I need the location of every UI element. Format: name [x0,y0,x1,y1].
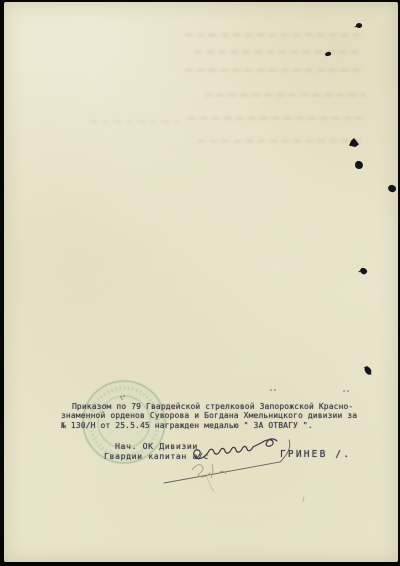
stray-mark [343,390,345,392]
scanned-document-page: Приказом по 79 Гвардейской стрелковой За… [4,2,398,562]
paragraph-line-2: знаменной орденов Суворова и Богдана Хме… [61,411,366,420]
ink-blot [359,266,368,275]
ink-blot [354,160,363,169]
paragraph-line-1: Приказом по 79 Гвардейской стрелковой За… [61,402,366,411]
ink-blot [363,366,373,376]
stray-mark [120,396,122,398]
signature-ink [148,426,363,501]
bleedthrough-line [188,116,368,120]
bleedthrough-line [185,33,360,37]
stray-mark [270,389,272,391]
ink-blot [355,22,362,28]
ink-blot [387,183,397,193]
bleedthrough-line [205,93,365,97]
bleedthrough-line [90,120,180,124]
bleedthrough-line [198,139,363,143]
bleedthrough-line [195,50,360,54]
scanner-background: Приказом по 79 Гвардейской стрелковой За… [0,0,400,566]
bleedthrough-line [185,68,365,72]
ink-blot [324,51,331,57]
